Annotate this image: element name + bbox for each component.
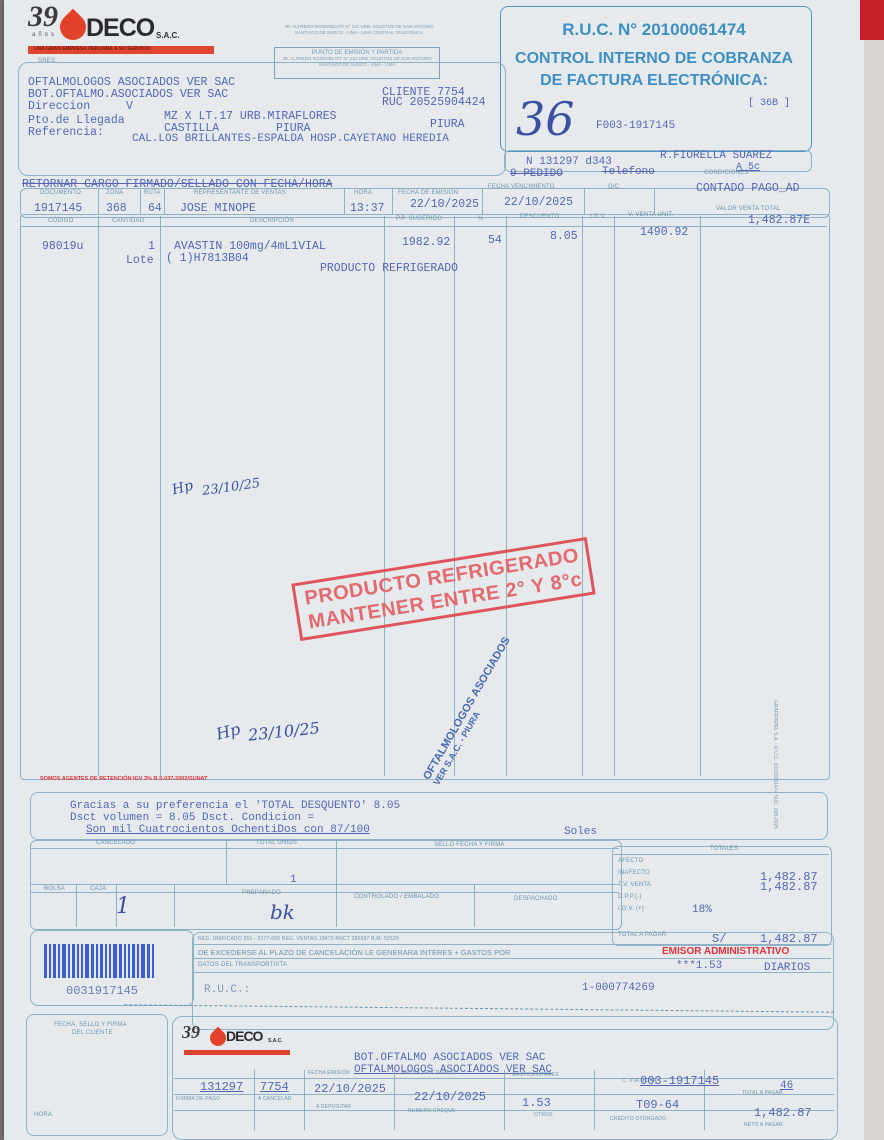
interest-notice: DE EXCEDERSE AL PLAZO DE CANCELACIÓN LE … (198, 948, 510, 957)
stub-label-fecha-venc: FECHA VENCIMIENTO (402, 1070, 458, 1076)
col-porcentaje: % (478, 216, 484, 222)
stub-fecha-emision: 22/10/2025 (314, 1082, 386, 1096)
currency-words: Soles (564, 826, 597, 838)
stub-label-a-depositar: A DEPOSITAR (316, 1104, 351, 1110)
total-unids-label: TOTAL UNIDS (256, 840, 297, 846)
sello-label: SELLO FECHA Y FIRMA (434, 842, 505, 848)
retention-notice: SOMOS AGENTES DE RETENCIÓN IGV 3% R.S.03… (40, 776, 207, 782)
stub-logo-name: DECO (226, 1028, 262, 1044)
stub-logo-bar (184, 1050, 290, 1055)
stub-logo-number: 39 (182, 1022, 200, 1043)
registry-info: REG. UNIFICADO 951 - 0377-006 REG. VENTA… (198, 936, 399, 942)
stub-logo-suffix: S.A.C. (268, 1038, 283, 1044)
cancelado-label: CANCELADO (96, 840, 135, 846)
barcode (44, 944, 154, 978)
client-sign-label-2: DEL CLIENTE (72, 1030, 113, 1036)
igv-label: I.G.V. (+) (618, 906, 644, 912)
ruc-number: R.U.C. N° 20100061474 (504, 20, 804, 40)
client-sign-label-1: FECHA, SELLO Y FIRMA (54, 1022, 127, 1028)
stub-client-line1: BOT.OFTALMO ASOCIADOS VER SAC (354, 1052, 545, 1064)
stub-zona: 46 (780, 1080, 793, 1092)
preparado-signature: bk (270, 900, 295, 924)
header-label-oc: O/C (608, 184, 619, 190)
direccion-flag: V (126, 100, 133, 113)
stub-doc-number: 003-1917145 (640, 1074, 719, 1088)
stub-label-neto-a-pagar: NETO A PAGAR (744, 1122, 783, 1128)
header-label-fecha-vencimiento: FECHA VENCIMIENTO (488, 184, 555, 190)
stub-pedido: 131297 (200, 1080, 243, 1094)
item-note: PRODUCTO REFRIGERADO (320, 262, 458, 275)
stub-label-numero-cheque: NUMERO CHEQUE (408, 1108, 456, 1114)
stub-credito: T09-64 (636, 1098, 679, 1112)
col-igv: I.G.V. (590, 214, 606, 220)
paper-edge (864, 0, 884, 1140)
client-ruc: RUC 20525904424 (382, 96, 486, 109)
header-value-fecha-vencimiento: 22/10/2025 (504, 196, 573, 209)
header-label-zona: ZONA (106, 190, 123, 196)
caja-value: 1 (116, 894, 130, 919)
col-venta-unit: V. VENTA UNIT. (628, 212, 673, 218)
logo-slogan: UNA GRAN EMPRESA PERUANA A SU SERVICIO (28, 46, 214, 54)
despachado-label: DESPACHADO (514, 896, 558, 902)
ruc-title-line1: CONTROL INTERNO DE COBRANZA (504, 50, 804, 68)
stub-cliente: 7754 (260, 1080, 289, 1094)
logo-years-number: 39 (28, 0, 58, 34)
controlado-label: CONTROLADO / EMBALADO (354, 894, 439, 900)
transport-label: DATOS DEL TRANSPORTISTA (198, 962, 287, 968)
stub-interes: 1.53 (522, 1096, 551, 1110)
header-value-condiciones: CONTADO PAGO_AD (696, 182, 800, 195)
totals-title: TOTALES (710, 846, 738, 852)
hora-label: HORA (34, 1112, 52, 1118)
header-label-condiciones: CONDICIONES (704, 170, 749, 176)
background-red-object (860, 0, 884, 40)
item-porcentaje: 54 (488, 234, 502, 247)
direccion-label: Direccion (28, 100, 90, 113)
stub-label-fecha-emision: FECHA EMISIÓN (308, 1070, 350, 1076)
header-label-hora: HORA (354, 190, 372, 196)
seller-name: R.FIORELLA SUAREZ (660, 150, 772, 162)
tv-venta-value: 1,482.87 (760, 880, 818, 894)
stub-label-total-a-pagar: TOTAL A PAGAR (742, 1090, 783, 1096)
item-venta-unit: 1490.92 (640, 226, 688, 239)
pedido-line: N 131297 d343 (526, 156, 612, 168)
header-label-documento: DOCUMENTO (40, 190, 81, 196)
stub-total: 1,482.87 (754, 1106, 812, 1120)
col-descripcion: DESCRIPCIÓN (250, 218, 294, 224)
item-pp-sugerido: 1982.92 (402, 236, 450, 249)
stub-fecha-vencimiento: 22/10/2025 (414, 1090, 486, 1104)
item-valor-total: 1,482.87E (748, 214, 810, 227)
col-codigo: CÓDIGO (48, 218, 74, 224)
item-cantidad: 1 (148, 240, 155, 253)
ruc-title-line2: DE FACTURA ELECTRÓNICA: (504, 72, 804, 90)
item-codigo: 98019u (42, 240, 83, 253)
interest-period: DIARIOS (764, 962, 810, 974)
message-line1: Gracias a su preferencia el 'TOTAL DESQU… (70, 800, 400, 812)
bolsa-label: BOLSA (44, 886, 65, 892)
logo-suffix: S.A.C. (156, 31, 180, 40)
tv-venta-label: T.V. VENTA (618, 882, 651, 888)
preparado-label: PREPARADO (242, 890, 281, 896)
ruc-code: [ 36B ] (748, 98, 790, 109)
totals-box (612, 846, 832, 946)
interest-amount: ***1.53 (676, 960, 722, 972)
referencia-label: Referencia: (28, 126, 104, 139)
total-unids-value: 1 (290, 874, 297, 886)
afecto-label: AFECTO (618, 858, 643, 864)
transport-code: 1-000774269 (582, 982, 655, 994)
stub-label-forma-pago: FORMA DE PAGO (176, 1096, 220, 1102)
item-lote-label: Lote (126, 254, 154, 267)
item-descuento: 8.05 (550, 230, 578, 243)
header-label-ruta: RUTA (144, 190, 161, 196)
referencia-value: CAL.LOS BRILLANTES-ESPALDA HOSP.CAYETANO… (132, 133, 449, 145)
logo-company-name: DECO (86, 14, 154, 43)
stub-label-a-cancelar: A CANCELAR (258, 1096, 292, 1102)
pedido-label: 9 PEDIDO (510, 168, 563, 180)
stub-label-credito-otorgado: CREDITO OTORGADO (610, 1116, 666, 1122)
llegada-region: PIURA (430, 118, 465, 131)
item-lote: ( 1)H7813B04 (166, 252, 249, 265)
caja-label: CAJA (90, 886, 106, 892)
header-value-fecha-emision: 22/10/2025 (410, 198, 479, 211)
invoice-paper: 39 años DECO S.A.C. UNA GRAN EMPRESA PER… (4, 0, 864, 1140)
logo-years-label: años (32, 32, 57, 38)
handwritten-number: 36 (516, 92, 575, 146)
col-descuento: DESCUENTO (520, 214, 559, 220)
col-cantidad: CANTIDAD (112, 218, 144, 224)
col-pp-sugerido: P.P. SUGERIDO (396, 216, 442, 222)
message-line2: Dsct volumen = 8.05 Dsct. Condicion = (70, 812, 314, 824)
col-valor-total: VALOR VENTA TOTAL (716, 206, 781, 212)
barcode-number: 0031917145 (66, 984, 138, 998)
stub-label-otros: OTROS (534, 1112, 553, 1118)
items-table (20, 214, 830, 780)
header-label-representante: REPRESENTANTE DE VENTAS (194, 190, 286, 196)
stub-label-interes: GASTOS/INTERES (512, 1072, 559, 1078)
dpp-label: D.P.P.(-) (618, 894, 642, 900)
transport-ruc-label: R.U.C.: (204, 984, 250, 996)
inafecto-label: INAFECTO (618, 870, 650, 876)
issuer-address: JR. ALFREDO ROSENBLATT N° 141 URB. AGUST… (254, 24, 464, 36)
amount-in-words: Son mil Cuatrocientos OchentiDos con 87/… (86, 824, 370, 836)
telefono-label: Telefono (602, 166, 655, 178)
igv-rate: 18% (692, 904, 712, 916)
header-label-fecha-emision: FECHA DE EMISIÓN (398, 190, 458, 196)
issuer-address-line2: SANTIAGO DE SURCO - LIMA - LIMA CENTRAL … (254, 30, 464, 36)
invoice-number: F003-1917145 (596, 120, 675, 132)
